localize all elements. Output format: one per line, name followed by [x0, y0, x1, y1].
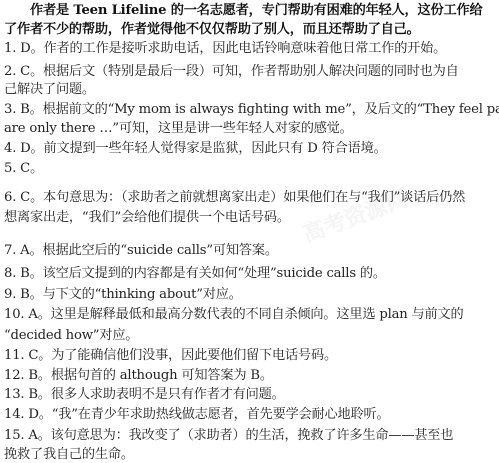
- answer-10: 10. A。这里是解释最低和最高分数代表的不同自杀倾向。这里选 plan 与前文…: [4, 306, 497, 324]
- answer-15: 15. A。该句意思为：我改变了（求助者）的生活，挽救了许多生命——甚至也: [4, 427, 497, 445]
- answer-6: 6. C。本句意思为：（求助者之前就想离家出走）如果他们在与“我们”谈话后仍然: [4, 189, 497, 207]
- answer-3-cont: are only there …”可知，这里是讲一些年轻人对家的感觉。: [4, 120, 497, 138]
- answer-3: 3. B。根据前文的“My mom is always fighting wit…: [4, 101, 497, 119]
- answer-15-cont: 挽救了我自己的生命。: [4, 446, 497, 463]
- answer-6-cont: 想离家出走，“我们”会给他们提供一个电话号码。: [4, 209, 497, 227]
- answer-1: 1. D。作者的工作是接听求助电话，因此电话铃响意味着他日常工作的开始。: [4, 40, 497, 58]
- intro-line-2: 了作者不少的帮助，作者觉得他不仅仅帮助了别人，而且还帮助了自己。: [4, 21, 497, 39]
- answer-12: 12. B。根据句首的 although 可知答案为 B。: [4, 367, 497, 385]
- answer-11: 11. C。为了能确信他们没事，因此要他们留下电话号码。: [4, 347, 497, 365]
- answer-9: 9. B。与下文的“thinking about”对应。: [4, 286, 497, 304]
- answer-2: 2. C。根据后文（特别是最后一段）可知，作者帮助别人解决问题的同时也为自: [4, 63, 497, 81]
- answer-4: 4. D。前文提到一些年轻人觉得家是监狱，因此只有 D 符合语境。: [4, 140, 497, 158]
- answer-explanation-document: 作者是 Teen Lifeline 的一名志愿者，专门帮助有困难的年轻人，这份工…: [0, 0, 499, 463]
- answer-10-cont: “decided how”对应。: [4, 327, 497, 345]
- answer-5: 5. C。: [4, 160, 497, 178]
- intro-line-1: 作者是 Teen Lifeline 的一名志愿者，专门帮助有困难的年轻人，这份工…: [4, 2, 497, 20]
- answer-8: 8. B。该空后文提到的内容都是有关如何“处理”suicide calls 的。: [4, 265, 497, 283]
- answer-7: 7. A。根据此空后的“suicide calls”可知答案。: [4, 242, 497, 260]
- answer-2-cont: 己解决了问题。: [4, 81, 497, 99]
- answer-14: 14. D。“我”在青少年求助热线做志愿者，首先要学会耐心地聆听。: [4, 406, 497, 424]
- answer-13: 13. B。很多人求助表明不是只有作者才有问题。: [4, 386, 497, 404]
